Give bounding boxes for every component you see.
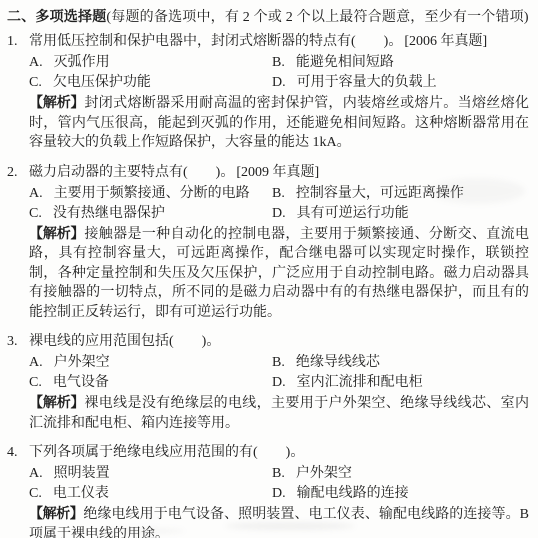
option-a: A.主要用于频繁接通、分断的电路 [29, 184, 272, 204]
analysis-text: 裸电线是没有绝缘层的电线，主要用于户外架空、绝缘导线线芯、室内汇流排和配电柜、箱… [29, 396, 529, 431]
analysis-paragraph: 【解析】封闭式熔断器采用耐高温的密封保护管，内装熔丝或熔片。当熔丝熔化时，管内气… [29, 94, 529, 153]
option-c: C.电工仪表 [29, 484, 272, 504]
option-text: 欠电压保护功能 [53, 75, 151, 90]
question-stem: 常用低压控制和保护电器中，封闭式熔断器的特点有( )。[2006 年真题] [29, 32, 529, 52]
option-text: 电气设备 [53, 375, 109, 390]
analysis-label: 【解析】 [29, 507, 83, 522]
option-label: C. [29, 75, 42, 90]
section-title: 多项选择题 [35, 10, 106, 25]
option-label: B. [272, 355, 285, 370]
option-b: B.绝缘导线线芯 [272, 353, 529, 373]
analysis-label: 【解析】 [29, 96, 84, 111]
option-text: 可用于容量大的负载上 [297, 75, 437, 90]
option-c: C.电气设备 [29, 373, 272, 393]
question-year-tag: [2006 年真题] [404, 34, 487, 49]
section-number: 二、 [7, 10, 35, 25]
analysis-paragraph: 【解析】接触器是一种自动化的控制电器，主要用于频繁接通、分断交、直流电路，具有控… [29, 225, 529, 323]
analysis-text: 绝缘电线用于电气设备、照明装置、电工仪表、输配电线路的连接等。B 项属于裸电线的… [29, 507, 529, 538]
question-2: 2. 磁力启动器的主要特点有( )。[2009 年真题] A.主要用于频繁接通、… [7, 163, 529, 323]
option-text: 电工仪表 [53, 486, 109, 501]
analysis-text: 封闭式熔断器采用耐高温的密封保护管，内装熔丝或熔片。当熔丝熔化时，管内气压很高，… [29, 96, 529, 150]
option-label: A. [29, 466, 43, 481]
analysis-label: 【解析】 [29, 227, 84, 242]
options-grid: A.主要用于频繁接通、分断的电路 B.控制容量大，可远距离操作 C.没有热继电器… [29, 184, 529, 224]
option-text: 绝缘导线线芯 [296, 355, 380, 370]
option-text: 户外架空 [296, 466, 352, 481]
question-stem-text: 常用低压控制和保护电器中，封闭式熔断器的特点有( )。 [29, 34, 402, 49]
option-d: D.室内汇流排和配电柜 [272, 373, 529, 393]
question-stem-text: 下列各项属于绝缘电线应用范围的有( )。 [29, 445, 304, 460]
option-c: C.欠电压保护功能 [29, 73, 272, 93]
option-b: B.户外架空 [272, 464, 529, 484]
option-label: B. [272, 466, 285, 481]
option-text: 没有热继电器保护 [53, 206, 165, 221]
option-text: 灭弧作用 [54, 55, 110, 70]
analysis-paragraph: 【解析】裸电线是没有绝缘层的电线，主要用于户外架空、绝缘导线线芯、室内汇流排和配… [29, 394, 529, 433]
option-label: D. [272, 206, 286, 221]
option-label: C. [29, 206, 42, 221]
option-label: D. [272, 486, 286, 501]
question-stem: 裸电线的应用范围包括( )。 [29, 332, 529, 352]
section-heading: 二、多项选择题(每题的备选项中，有 2 个或 2 个以上最符合题意，至少有一个错… [7, 8, 529, 28]
analysis-label: 【解析】 [29, 396, 84, 411]
question-stem-text: 裸电线的应用范围包括( )。 [29, 334, 220, 349]
options-grid: A.照明装置 B.户外架空 C.电工仪表 D.输配电线路的连接 [29, 464, 529, 504]
option-text: 室内汇流排和配电柜 [297, 375, 423, 390]
option-text: 输配电线路的连接 [297, 486, 409, 501]
question-stem-text: 磁力启动器的主要特点有( )。 [29, 165, 234, 180]
question-number: 1. [7, 32, 18, 52]
option-d: D.具有可逆运行功能 [272, 204, 529, 224]
option-a: A.户外架空 [29, 353, 272, 373]
option-text: 户外架空 [54, 355, 110, 370]
option-label: A. [29, 55, 43, 70]
option-label: A. [29, 355, 43, 370]
question-number: 2. [7, 163, 18, 183]
option-text: 照明装置 [54, 466, 110, 481]
question-number: 3. [7, 332, 18, 352]
question-stem: 磁力启动器的主要特点有( )。[2009 年真题] [29, 163, 529, 183]
option-label: A. [29, 186, 43, 201]
question-stem: 下列各项属于绝缘电线应用范围的有( )。 [29, 443, 529, 463]
option-d: D.输配电线路的连接 [272, 484, 529, 504]
option-c: C.没有热继电器保护 [29, 204, 272, 224]
option-label: D. [272, 75, 286, 90]
analysis-paragraph: 【解析】绝缘电线用于电气设备、照明装置、电工仪表、输配电线路的连接等。B 项属于… [29, 505, 529, 538]
question-3: 3. 裸电线的应用范围包括( )。 A.户外架空 B.绝缘导线线芯 C.电气设备… [7, 332, 529, 433]
option-b: B.控制容量大，可远距离操作 [272, 184, 529, 204]
option-label: D. [272, 375, 286, 390]
option-text: 能避免相间短路 [296, 55, 394, 70]
option-text: 控制容量大，可远距离操作 [296, 186, 464, 201]
option-a: A.照明装置 [29, 464, 272, 484]
option-text: 主要用于频繁接通、分断的电路 [54, 186, 250, 201]
scanned-document-page: 二、多项选择题(每题的备选项中，有 2 个或 2 个以上最符合题意，至少有一个错… [0, 0, 538, 538]
option-label: B. [272, 55, 285, 70]
option-b: B.能避免相间短路 [272, 53, 529, 73]
options-grid: A.灭弧作用 B.能避免相间短路 C.欠电压保护功能 D.可用于容量大的负载上 [29, 53, 529, 93]
option-label: B. [272, 186, 285, 201]
question-year-tag: [2009 年真题] [236, 165, 319, 180]
question-1: 1. 常用低压控制和保护电器中，封闭式熔断器的特点有( )。[2006 年真题]… [7, 32, 529, 153]
analysis-text: 接触器是一种自动化的控制电器，主要用于频繁接通、分断交、直流电路，具有控制容量大… [29, 227, 529, 320]
option-text: 具有可逆运行功能 [297, 206, 409, 221]
section-note: (每题的备选项中，有 2 个或 2 个以上最符合题意，至少有一个错项) [106, 10, 528, 25]
option-d: D.可用于容量大的负载上 [272, 73, 529, 93]
options-grid: A.户外架空 B.绝缘导线线芯 C.电气设备 D.室内汇流排和配电柜 [29, 353, 529, 393]
option-label: C. [29, 375, 42, 390]
option-label: C. [29, 486, 42, 501]
option-a: A.灭弧作用 [29, 53, 272, 73]
question-number: 4. [7, 443, 18, 463]
question-4: 4. 下列各项属于绝缘电线应用范围的有( )。 A.照明装置 B.户外架空 C.… [7, 443, 529, 538]
